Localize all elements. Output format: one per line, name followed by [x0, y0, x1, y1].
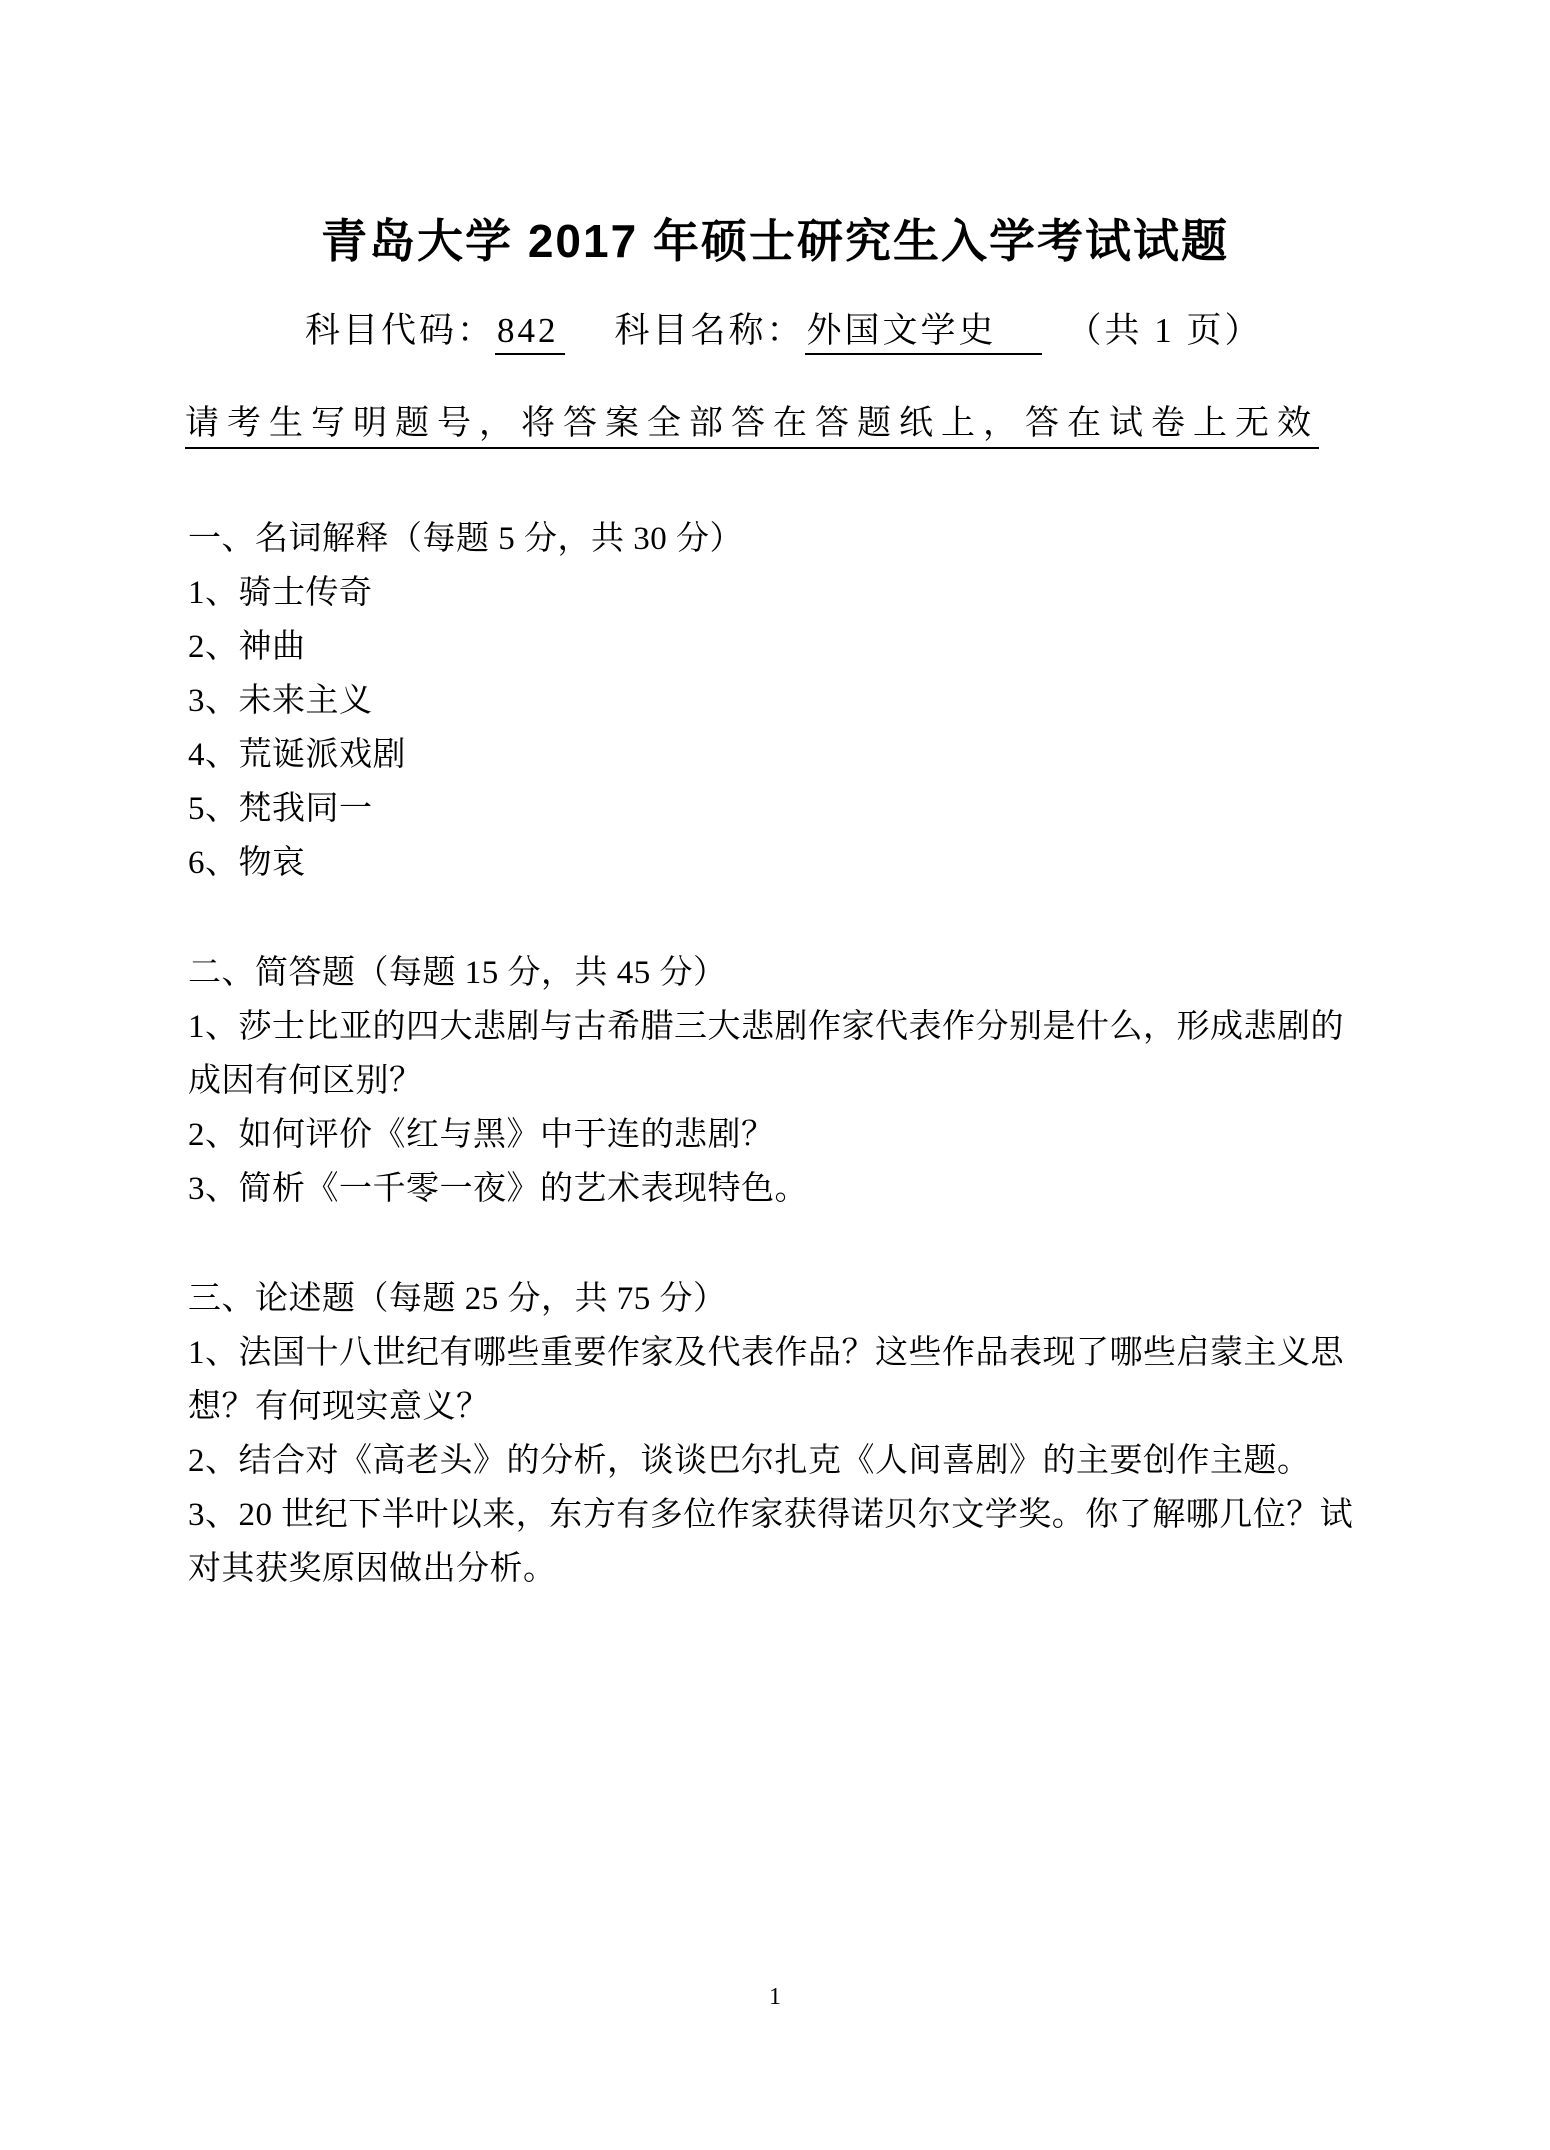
question-item: 3、简析《一千零一夜》的艺术表现特色。 — [188, 1162, 1360, 1216]
section-terms: 一、名词解释（每题 5 分，共 30 分） 1、骑士传奇 2、神曲 3、未来主义… — [188, 512, 1360, 890]
question-item: 1、莎士比亚的四大悲剧与古希腊三大悲剧作家代表作分别是什么，形成悲剧的成因有何区… — [188, 1000, 1360, 1108]
question-item: 3、20 世纪下半叶以来，东方有多位作家获得诺贝尔文学奖。你了解哪几位？试对其获… — [188, 1488, 1360, 1596]
question-item: 3、未来主义 — [188, 674, 1360, 728]
question-item: 2、如何评价《红与黑》中于连的悲剧？ — [188, 1108, 1360, 1162]
section-essay: 三、论述题（每题 25 分，共 75 分） 1、法国十八世纪有哪些重要作家及代表… — [188, 1272, 1360, 1596]
subject-code-label: 科目代码： — [305, 311, 495, 350]
page-title: 青岛大学 2017 年硕士研究生入学考试试题 — [0, 0, 1550, 270]
page-count-note: （共 1 页） — [1067, 311, 1263, 350]
page-number: 1 — [0, 1982, 1550, 2012]
question-item: 4、荒诞派戏剧 — [188, 728, 1360, 782]
subject-name-label: 科目名称： — [615, 311, 805, 350]
exam-notice-text: 请考生写明题号，将答案全部答在答题纸上，答在试卷上无效 — [185, 405, 1319, 449]
question-item: 5、梵我同一 — [188, 782, 1360, 836]
section-short-answer: 二、简答题（每题 15 分，共 45 分） 1、莎士比亚的四大悲剧与古希腊三大悲… — [188, 946, 1360, 1216]
section-terms-heading: 一、名词解释（每题 5 分，共 30 分） — [188, 512, 1360, 566]
question-item: 2、结合对《高老头》的分析，谈谈巴尔扎克《人间喜剧》的主要创作主题。 — [188, 1434, 1360, 1488]
section-essay-heading: 三、论述题（每题 25 分，共 75 分） — [188, 1272, 1360, 1326]
exam-notice: 请考生写明题号，将答案全部答在答题纸上，答在试卷上无效 — [185, 400, 1550, 448]
question-item: 1、骑士传奇 — [188, 566, 1360, 620]
section-short-answer-heading: 二、简答题（每题 15 分，共 45 分） — [188, 946, 1360, 1000]
exam-paper-page: 青岛大学 2017 年硕士研究生入学考试试题 科目代码：842科目名称：外国文学… — [0, 0, 1550, 2150]
question-item: 1、法国十八世纪有哪些重要作家及代表作品？这些作品表现了哪些启蒙主义思想？有何现… — [188, 1326, 1360, 1434]
question-item: 6、物哀 — [188, 836, 1360, 890]
subject-line: 科目代码：842科目名称：外国文学史（共 1 页） — [305, 308, 1550, 354]
subject-name-value: 外国文学史 — [805, 311, 1042, 355]
subject-code-value: 842 — [495, 311, 565, 355]
question-item: 2、神曲 — [188, 620, 1360, 674]
